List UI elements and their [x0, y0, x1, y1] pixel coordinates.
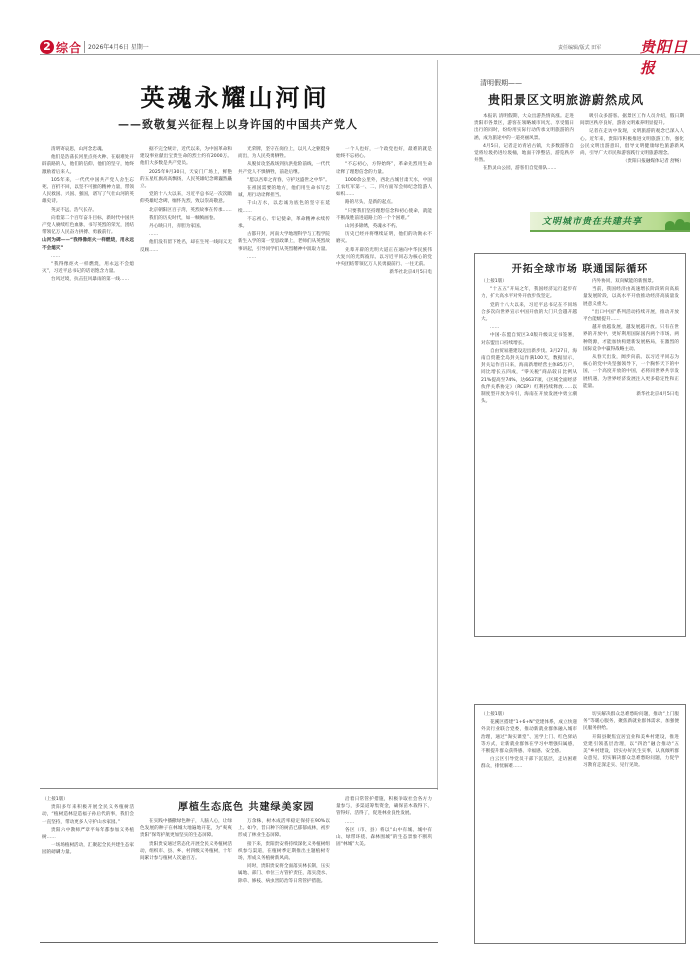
column-divider [437, 60, 438, 790]
paragraph: 4月5日，记者走访青岩古镇，大多数游客自觉将垃圾扔进垃圾桶，地面干净整洁，游览秩… [474, 143, 574, 165]
main-article-column-2: 据不完全统计，近代以来，为中国革命和建设事业献出宝贵生命的烈士约有2000万。他… [140, 146, 232, 736]
paragraph: “不忘初心，方得始终”，革命先烈用生命诠释了理想信念的力量。 [336, 161, 432, 175]
main-article-column-4: 一个人也好，一个政党也好，最难的就是始终不忘初心。 “不忘初心，方得始终”，革命… [336, 146, 432, 736]
header-divider [84, 41, 85, 53]
paragraph: 105年来，一代代中国共产党人舍生忘死、百折不回，以坚不可摧的精神力量，带领人民… [42, 177, 134, 206]
main-headline: 英魂永耀山河间 [120, 78, 350, 113]
paragraph: 万余株，树木成活率稳定保持在90%以上。如今，昔日种下的树苗已郁郁成林，初步形成… [238, 818, 330, 840]
paragraph: 从脱贫攻坚战场到抗洪抢险前线，一代代共产党人不惧牺牲，前赴后继。 [238, 161, 330, 175]
community-article-column-2: 切实解决群众急难愁盼问题，推动“上门服务”等暖心服务，聚焦新就业群体需求，加强便… [583, 711, 679, 937]
paragraph: 英灵不远，浩气长存。 [42, 207, 134, 214]
page-header: 2 综合 2026年4月6日 星期一 责任编辑/版式 田军 贵阳日报 [40, 40, 700, 55]
paragraph: 各区（市、县）将以“山中有城、城中有山、绿带环绕、森林围城”的生态景象不断巩固“… [336, 827, 432, 849]
paragraph: 台风过境，抗击狂风暴雨的第一线…… [42, 276, 134, 283]
paragraph: 一个人也好，一个政党也好，最难的就是始终不忘初心。 [336, 146, 432, 160]
tree-icon [665, 221, 675, 230]
main-article-column-3: 光荣牌，坚守在岗位上，以凡人之躯挺身而出，为人民英勇牺牲。 从脱贫攻坚战场到抗洪… [238, 146, 330, 736]
paragraph: 我们的历史时代，如一帧帧画卷。 [140, 215, 232, 222]
issue-date: 2026年4月6日 星期一 [88, 42, 149, 51]
paragraph: 花溪区搭建“1+6+N”党建体系，成立快递外卖行业联合党委，推动新就业群体融入城… [481, 719, 577, 755]
paragraph: 在实践中播撒绿色种子，人脑人心，让绿色发展的种子在林城大地遍地开花，为“爽爽贵阳… [140, 818, 232, 840]
community-article-column-1: （上接1版） 花溪区搭建“1+6+N”党建体系，成立快递外卖行业联合党委，推动新… [481, 711, 577, 937]
bottom-divider [40, 942, 438, 943]
paragraph: 沿着日常管护措施，积极争取社会各方力量参与，多渠道筹集资金，确保苗木栽得下、管得… [336, 796, 432, 818]
paragraph: 向着第二个百年奋斗目标，新时代中国共产党人赓续红色血脉，书写英烈的荣光，团结带领… [42, 215, 134, 237]
byline: （贵阳日报融媒体记者 舒畅） [580, 158, 684, 165]
newspaper-masthead: 贵阳日报 [640, 36, 700, 78]
paragraph: 北京朝阳区百子湾，英烈故事在传承…… [140, 207, 232, 214]
paragraph: 不忘初心、牢记使命，革命精神永续传承。 [238, 216, 330, 230]
trade-article-column-1: （上接1版） “十五五”开局之年，我国经济运行起步有力，扩大高水平对外开放步伐坚… [481, 278, 577, 628]
continued-tag: （上接1版） [42, 796, 134, 803]
continued-tag: （上接1版） [481, 278, 577, 285]
paragraph: 贵阳贵安通过常态化开展全民义务植树活动，组织市、县、乡、村四级义务植树，十年间累… [140, 841, 232, 863]
banner-text: 文明城市贵在共建共享 [542, 214, 642, 227]
paragraph: 党的十八大以来，习近平总书记一次次瞻仰英雄纪念碑，缅怀先烈，致以崇高敬意。 [140, 191, 232, 205]
paragraph: 接下来，贵阳贵安将持续深化义务植树组织参与渠道，在植树季定期推出主题植树专场，形… [238, 841, 330, 863]
main-subheadline: ——致敬复兴征程上以身许国的中国共产党人 [118, 116, 398, 132]
article-title-ecology: 厚植生态底色 共建绿美家园 [178, 798, 314, 813]
byline: 新华社北京4月5日电 [336, 269, 432, 276]
trade-article-box: 开拓全球市场 联通国际循环 （上接1版） “十五五”开局之年，我国经济运行起步有… [474, 253, 686, 637]
paragraph: 本报讯 清明假期，大众出游热情高涨。走进贵阳市各景区，游客在领略城市风光、享受假… [474, 113, 574, 142]
paragraph: 据不完全统计，近代以来，为中国革命和建设事业献出宝贵生命的烈士约有2000万。他… [140, 146, 232, 168]
paragraph: 路的尽头，是新的起点。 [336, 199, 432, 206]
paragraph: 千山万水，以忠诚为底色的坚守在延续…… [238, 200, 330, 214]
paragraph: 山河多锦绣，英魂永不朽。 [336, 223, 432, 230]
section-label: 综合 [56, 39, 82, 56]
paragraph: 2025年9月30日，天安门广场上，鲜艳的五星红旗高高飘扬，人民英雄纪念碑巍然矗… [140, 169, 232, 191]
tourism-article-column-2: 吸引众多游客。据景区工作人员介绍，假日期间景区秩序良好，游客文明素养明显提升。 … [580, 113, 684, 213]
community-article-box: （上接1版） 花溪区搭建“1+6+N”党建体系，成立快递外卖行业联合党委，推动新… [474, 704, 686, 944]
paragraph: 贵阳多年来积极开展全民义务植树活动，“植树造林是造福子孙后代的事，我们会一直坚持… [42, 804, 134, 826]
paragraph: 自由贸易港建设迈出新步伐。3月27日，海南自贸港全岛封关运作满100天，数据显示… [481, 348, 577, 406]
paragraph: 中国-东盟自贸区3.0版升级议定书签署，对东盟出口持续增长。 [481, 332, 577, 346]
article-title-tourism: 贵阳景区文明旅游蔚然成风 [488, 91, 644, 108]
paragraph: …… [238, 254, 330, 261]
section-divider [40, 788, 438, 789]
paragraph: 在祖国需要的地方，他们用生命书写忠诚，用行动诠释担当。 [238, 185, 330, 199]
paragraph: 开阳县聚焦宜居宜业和美乡村建设，推进党建引领基层治理，以“四治”融合推动“五美”… [583, 734, 679, 770]
paragraph: “只要我们坚持理想信念和初心使命，就能不断战胜前进道路上的一个个困难。” [336, 208, 432, 222]
paragraph: …… [336, 819, 432, 826]
ecology-article-column-2: 在实践中播撒绿色种子，人脑人心，让绿色发展的种子在林城大地遍地开花，为“爽爽贵阳… [140, 818, 232, 936]
paragraph: 同时，贵阳贵安将全面落实林长制，压实属地、部门、单位三方管护责任，落实浇水、除草… [238, 863, 330, 885]
paragraph: …… [42, 253, 134, 260]
paragraph: 1000余公里外，西北古城甘肃天水，中国工农红军第一、二、四方面军会师纪念馆游人… [336, 177, 432, 199]
article-title-trade: 开拓全球市场 联通国际循环 [475, 260, 685, 275]
main-article-column-1: 清明寄哀思，山河念忠魂。 他们是浩荡长河里点亮火种、在艰难处开辟前路的人，他们的… [42, 146, 134, 736]
continued-tag: （上接1版） [481, 711, 577, 718]
tourism-article-column-1: 本报讯 清明假期，大众出游热情高涨。走进贵阳市各景区，游客在领略城市风光、享受假… [474, 113, 574, 213]
paragraph: 吸引众多游客。据景区工作人员介绍，假日期间景区秩序良好，游客文明素养明显提升。 [580, 113, 684, 127]
paragraph: 越开放越发展，越发展越开放。只有在世界的开放中，更好利用国际国内两个市场、两种资… [583, 324, 679, 353]
paragraph: …… [481, 324, 577, 331]
paragraph: 光荣牌，坚守在岗位上，以凡人之躯挺身而出，为人民英勇牺牲。 [238, 146, 330, 160]
paragraph: 白云区引导党员干部下沉基层，走访困难群众，排忧解难…… [481, 756, 577, 770]
paragraph: …… [140, 231, 232, 238]
paragraph: 党的十八大以来，习近平总书记在不同场合多次向世界宣示中国开放的大门只会越开越大。 [481, 302, 577, 324]
ecology-article-column-1: （上接1版） 贵阳多年来积极开展全民义务植树活动，“植树造林是造福子孙后代的事，… [42, 796, 134, 936]
paragraph: 丹心映日月，赤胆为家国。 [140, 223, 232, 230]
trade-article-column-2: 内外协同，双向赋能的新图景。 当前，我国经济由高速增长阶段转向高质量发展阶段，以… [583, 278, 679, 628]
article-kicker: 清明假期—— [480, 78, 522, 88]
paragraph: “我得像炬火一样燃烧，用永远不会熄灭”，习近平总书记的话语饱含力量。 [42, 261, 134, 275]
paragraph: 他们没有留下姓名，却在生死一线间义无反顾…… [140, 239, 232, 253]
paragraph: 当前，我国经济由高速增长阶段转向高质量发展阶段，以高水平开放推动经济高质量发展意… [583, 286, 679, 308]
paragraph: 记者在走访中发现，文明旅游的观念已深入人心。近年来，贵阳市积极推进文明旅游工作，… [580, 128, 684, 157]
paragraph: 内外协同，双向赋能的新图景。 [583, 278, 679, 285]
paragraph: 历史已经并将继续证明，他们的功勋永不磨灭。 [336, 231, 432, 245]
paragraph: 贵阳六中教师严章平每年都参加义务植树…… [42, 827, 134, 841]
byline: 新华社北京4月5日电 [583, 391, 679, 398]
ecology-article-column-3: 万余株，树木成活率稳定保持在90%以上。如今，昔日种下的树苗已郁郁成林，初步形成… [238, 818, 330, 936]
tree-icon [682, 222, 690, 230]
paragraph: 一场场植树活动，汇聚起全民共建生态家园的磅礴力量。 [42, 842, 134, 856]
editor-credits: 责任编辑/版式 田军 [558, 44, 601, 51]
paragraph: “出口中国”系列活动持续开展，推动开放平台能级提升…… [583, 309, 679, 323]
paragraph: 切实解决群众急难愁盼问题，推动“上门服务”等暖心服务，聚焦新就业群体需求，加强便… [583, 711, 679, 733]
paragraph: 先辈开辟的光明大道正在通向中华民族伟大复兴的光辉彼岸。以习近平同志为核心的党中央… [336, 247, 432, 269]
paragraph: 从春天出发，阔步向前。以习近平同志为核心的党中央坚强领导下，一个胸怀天下的中国，… [583, 354, 679, 390]
paragraph: “十五五”开局之年，我国经济运行起步有力，扩大高水平对外开放步伐坚定。 [481, 286, 577, 300]
subsection-heading: 山河为碑——“我得像炬火一样燃烧，用永远不会熄灭” [42, 237, 134, 251]
paragraph: 他们是浩荡长河里点亮火种、在艰难处开辟前路的人，他们的信仰、他们的坚守，始终激励… [42, 154, 134, 176]
paragraph: 在黔灵山公园，游客们自觉排队…… [474, 165, 574, 172]
paragraph: “愿以吾辈之青春，守护这盛世之中华”。 [238, 177, 330, 184]
ecology-article-column-4: 沿着日常管护措施，积极争取社会各方力量参与，多渠道筹集资金，确保苗木栽得下、管得… [336, 796, 432, 936]
paragraph: 古都开封，河南大学地理科学与工程学院新生入学的第一堂思政课上，老师们从英烈故事讲… [238, 231, 330, 253]
page-number-badge: 2 [40, 40, 54, 54]
paragraph: 清明寄哀思，山河念忠魂。 [42, 146, 134, 153]
civilized-city-banner: 文明城市贵在共建共享 [530, 212, 690, 232]
